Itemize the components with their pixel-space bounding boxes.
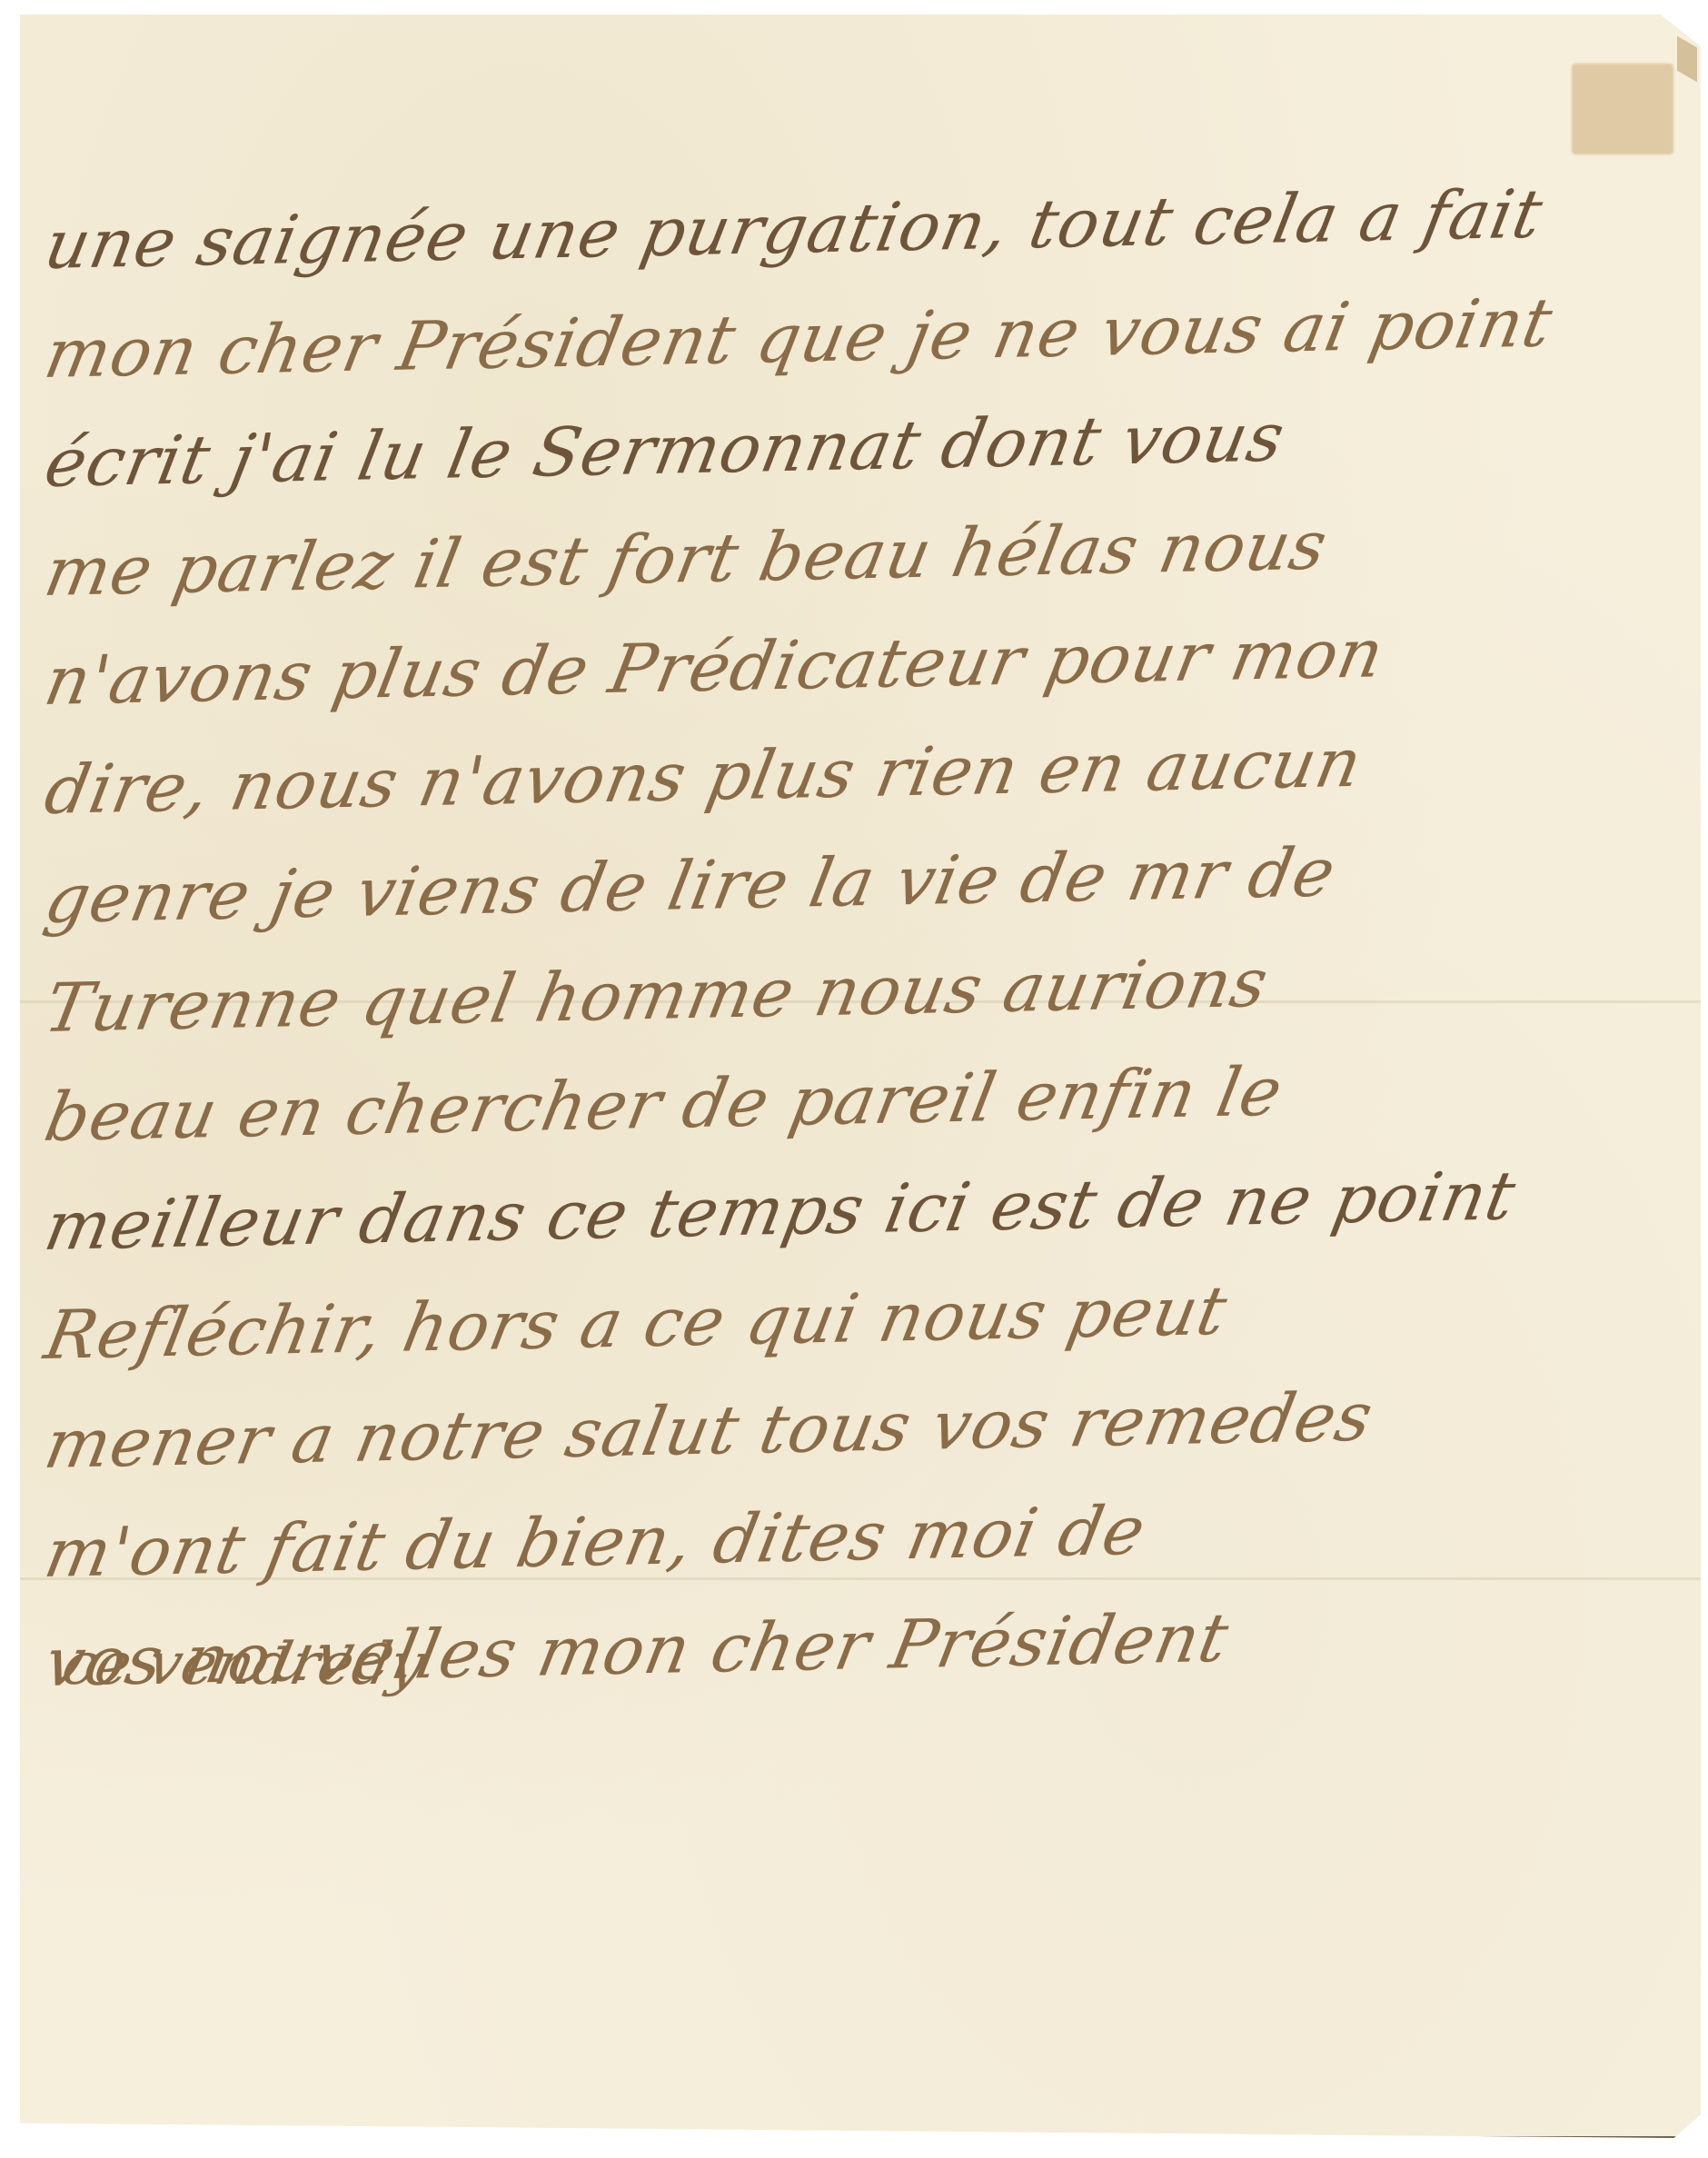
letter-closing-date: ce vendredy — [56, 1631, 431, 1698]
paper-stain — [1572, 64, 1673, 154]
letter-body: une saignée une purgation, tout cela a f… — [45, 195, 1663, 1722]
torn-corner — [1677, 36, 1697, 83]
